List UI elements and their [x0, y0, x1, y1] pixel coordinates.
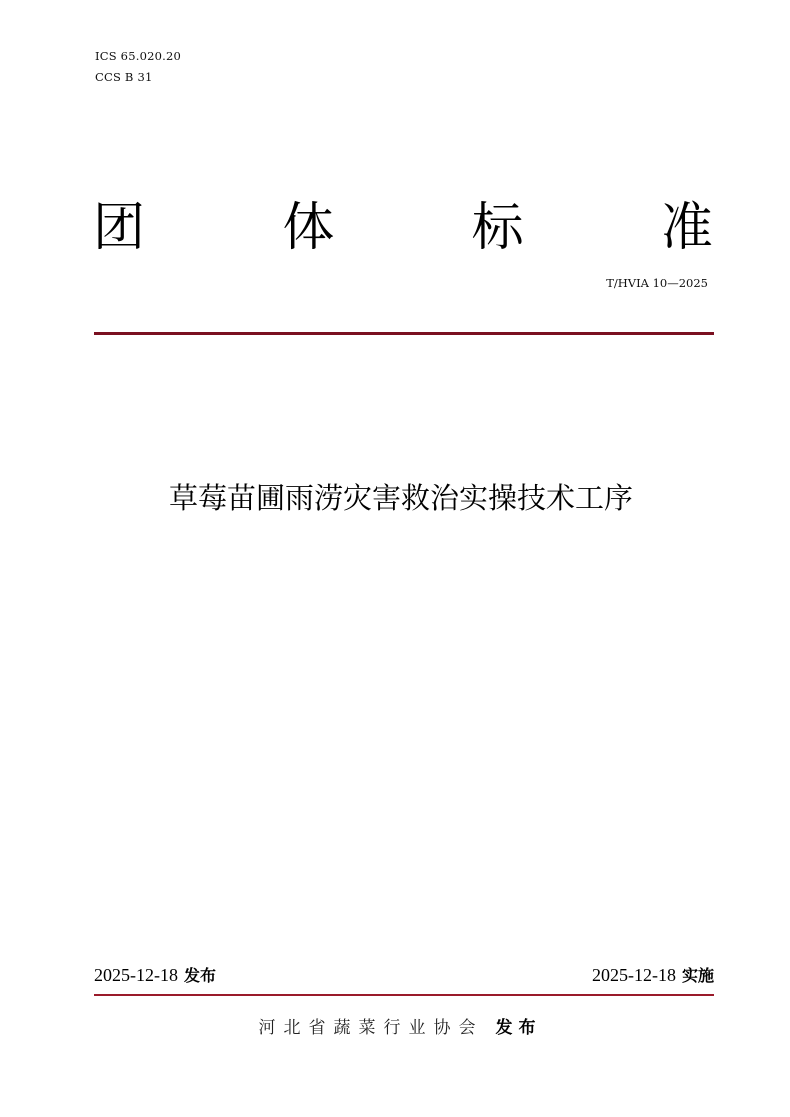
date-row: 2025-12-18发布 2025-12-18实施 — [94, 963, 714, 987]
implement-label: 实施 — [682, 966, 714, 985]
implement-date: 2025-12-18 — [592, 965, 676, 985]
document-cover-page: ICS 65.020.20 CCS B 31 团 体 标 准 T/HVIA 10… — [0, 0, 790, 1117]
standard-type-char: 标 — [472, 196, 524, 260]
standard-type-char: 团 — [93, 196, 145, 260]
document-title: 草莓苗圃雨涝灾害救治实操技术工序 — [0, 478, 790, 518]
publish-date-group: 2025-12-18发布 — [94, 963, 216, 988]
implement-date-group: 2025-12-18实施 — [592, 963, 714, 988]
standard-type-char: 准 — [661, 196, 713, 260]
ccs-code: CCS B 31 — [95, 67, 181, 88]
standard-type-heading: 团 体 标 准 — [93, 196, 713, 260]
publish-label: 发布 — [184, 966, 216, 985]
publish-date: 2025-12-18 — [94, 965, 178, 985]
publisher-organization: 河北省蔬菜行业协会 — [259, 1018, 484, 1038]
publisher-label: 发布 — [496, 1018, 542, 1038]
publisher-line: 河北省蔬菜行业协会发布 — [0, 1015, 790, 1041]
classification-codes: ICS 65.020.20 CCS B 31 — [95, 46, 181, 88]
standard-type-char: 体 — [282, 196, 334, 260]
ics-code: ICS 65.020.20 — [95, 46, 181, 67]
bottom-divider — [94, 994, 714, 996]
top-divider — [94, 332, 714, 335]
standard-number: T/HVIA 10—2025 — [606, 276, 708, 290]
